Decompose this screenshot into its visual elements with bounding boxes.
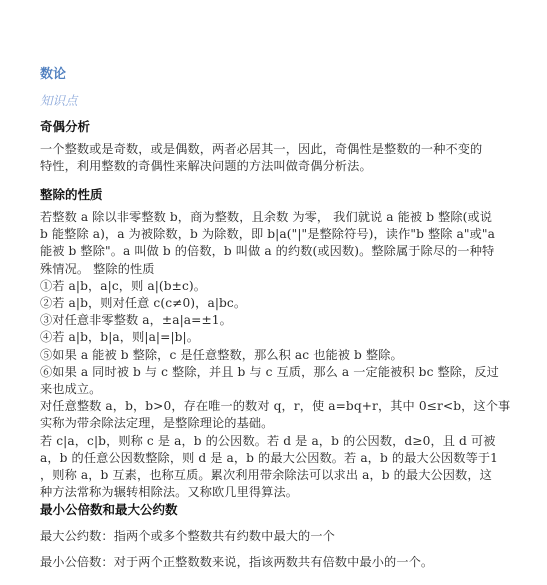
section-body-divisibility: 若整数 a 除以非零整数 b，商为整数，且余数 为零， 我们就说 a 能被 b … <box>40 209 498 501</box>
lcm-definition: 最小公倍数：对于两个正整数数来说，指该两数共有倍数中最小的一个。 <box>40 554 498 571</box>
text-line: ①若 a|b，a|c，则 a|(b±c)。 <box>40 278 498 295</box>
section-body-parity: 一个整数或是奇数，或是偶数，两者必居其一，因此，奇偶性是整数的一种不变的 特性，… <box>40 141 498 175</box>
text-line: 对任意整数 a，b，b>0，存在唯一的数对 q，r，使 a=bq+r，其中 0≤… <box>40 398 498 415</box>
text-line: 来也成立。 <box>40 381 498 398</box>
text-line: ，则称 a，b 互素，也称互质。累次利用带余除法可以求出 a，b 的最大公因数，… <box>40 467 498 484</box>
gcd-definition: 最大公约数：指两个或多个整数共有约数中最大的一个 <box>40 528 498 545</box>
text-line: ⑥如果 a 同时被 b 与 c 整除，并且 b 与 c 互质，那么 a 一定能被… <box>40 364 498 381</box>
text-line: ④若 a|b，b|a，则|a|=|b|。 <box>40 329 498 346</box>
text-line: 特性，利用整数的奇偶性来解决问题的方法叫做奇偶分析法。 <box>40 158 498 175</box>
text-line: 殊情况。 整除的性质 <box>40 261 498 278</box>
page-subtitle: 知识点 <box>40 91 78 109</box>
section-heading-lcm-gcd: 最小公倍数和最大公约数 <box>40 500 178 518</box>
text-line: 一个整数或是奇数，或是偶数，两者必居其一，因此，奇偶性是整数的一种不变的 <box>40 141 498 158</box>
text-line: 若 c|a，c|b，则称 c 是 a，b 的公因数。若 d 是 a，b 的公因数… <box>40 433 498 450</box>
text-line: 能被 b 整除"。a 叫做 b 的倍数，b 叫做 a 的约数(或因数)。整除属于… <box>40 243 498 260</box>
text-line: 实称为带余除法定理，是整除理论的基础。 <box>40 415 498 432</box>
section-heading-divisibility: 整除的性质 <box>40 185 103 203</box>
page-title: 数论 <box>40 63 66 82</box>
text-line: ③对任意非零整数 a，±a|a=±1。 <box>40 312 498 329</box>
text-line: 若整数 a 除以非零整数 b，商为整数，且余数 为零， 我们就说 a 能被 b … <box>40 209 498 226</box>
text-line: a，b 的任意公因数整除，则 d 是 a，b 的最大公因数。若 a，b 的最大公… <box>40 450 498 467</box>
section-heading-parity: 奇偶分析 <box>40 117 90 135</box>
text-line: ⑤如果 a 能被 b 整除，c 是任意整数，那么积 ac 也能被 b 整除。 <box>40 347 498 364</box>
text-line: b 能整除 a)，a 为被除数，b 为除数，即 b|a("|"是整除符号)，读作… <box>40 226 498 243</box>
text-line: 种方法常称为辗转相除法。又称欧几里得算法。 <box>40 484 498 501</box>
text-line: ②若 a|b，则对任意 c(c≠0)，a|bc。 <box>40 295 498 312</box>
